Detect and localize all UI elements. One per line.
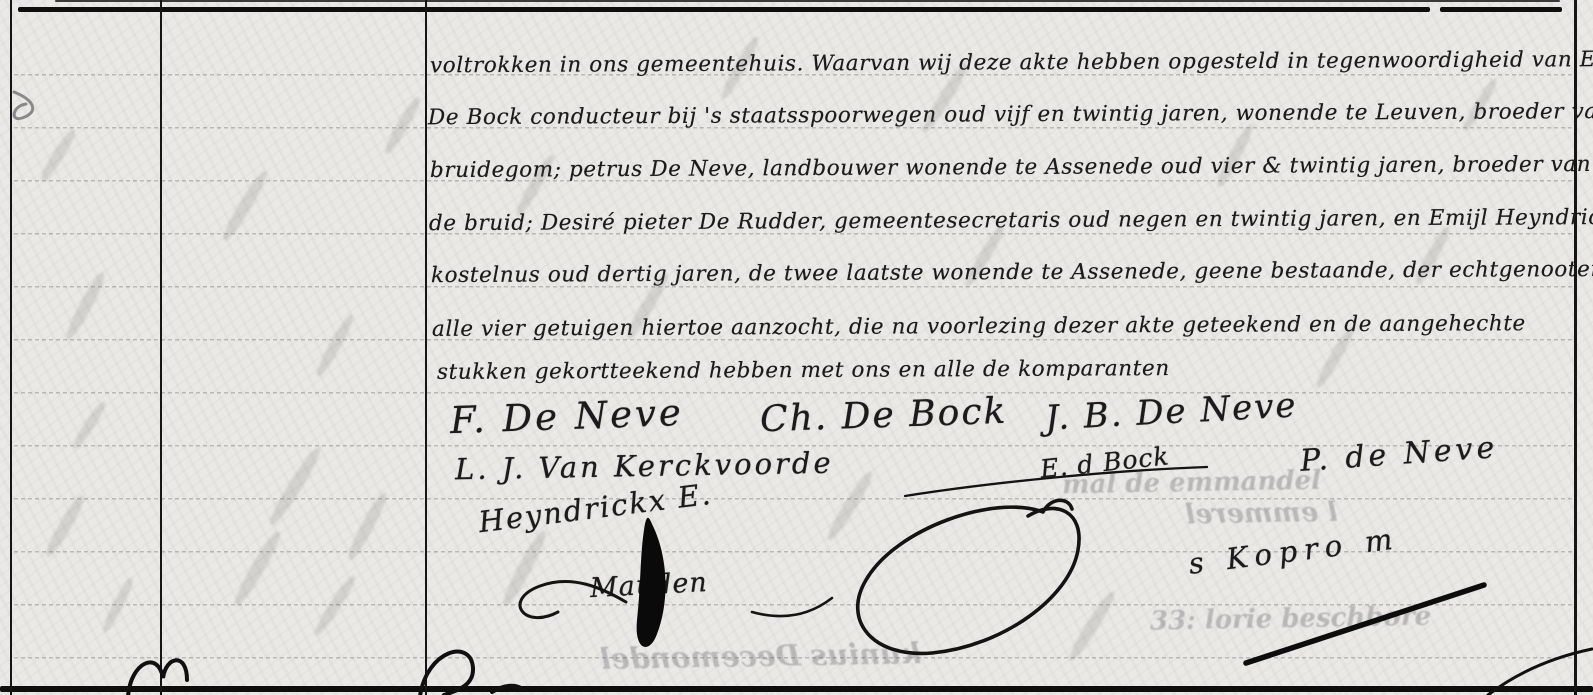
bock-underline-swoosh — [905, 467, 1207, 496]
ink-flourish-layer — [0, 0, 1593, 695]
paraph-oval-flourish — [858, 500, 1079, 653]
mauden-lead-swirl — [520, 581, 626, 617]
mauden-tail-swirl — [752, 598, 832, 616]
left-margin-scribble — [14, 92, 33, 119]
scanned-register-page: voltrokken in ons gemeentehuis. Waarvan … — [0, 0, 1593, 695]
bottom-loop-left — [128, 660, 187, 695]
bottom-right-flourish — [1488, 649, 1592, 695]
ink-blot — [637, 518, 666, 647]
kopro-diagonal-flourish — [1246, 585, 1484, 663]
bottom-loop-center — [420, 652, 524, 695]
